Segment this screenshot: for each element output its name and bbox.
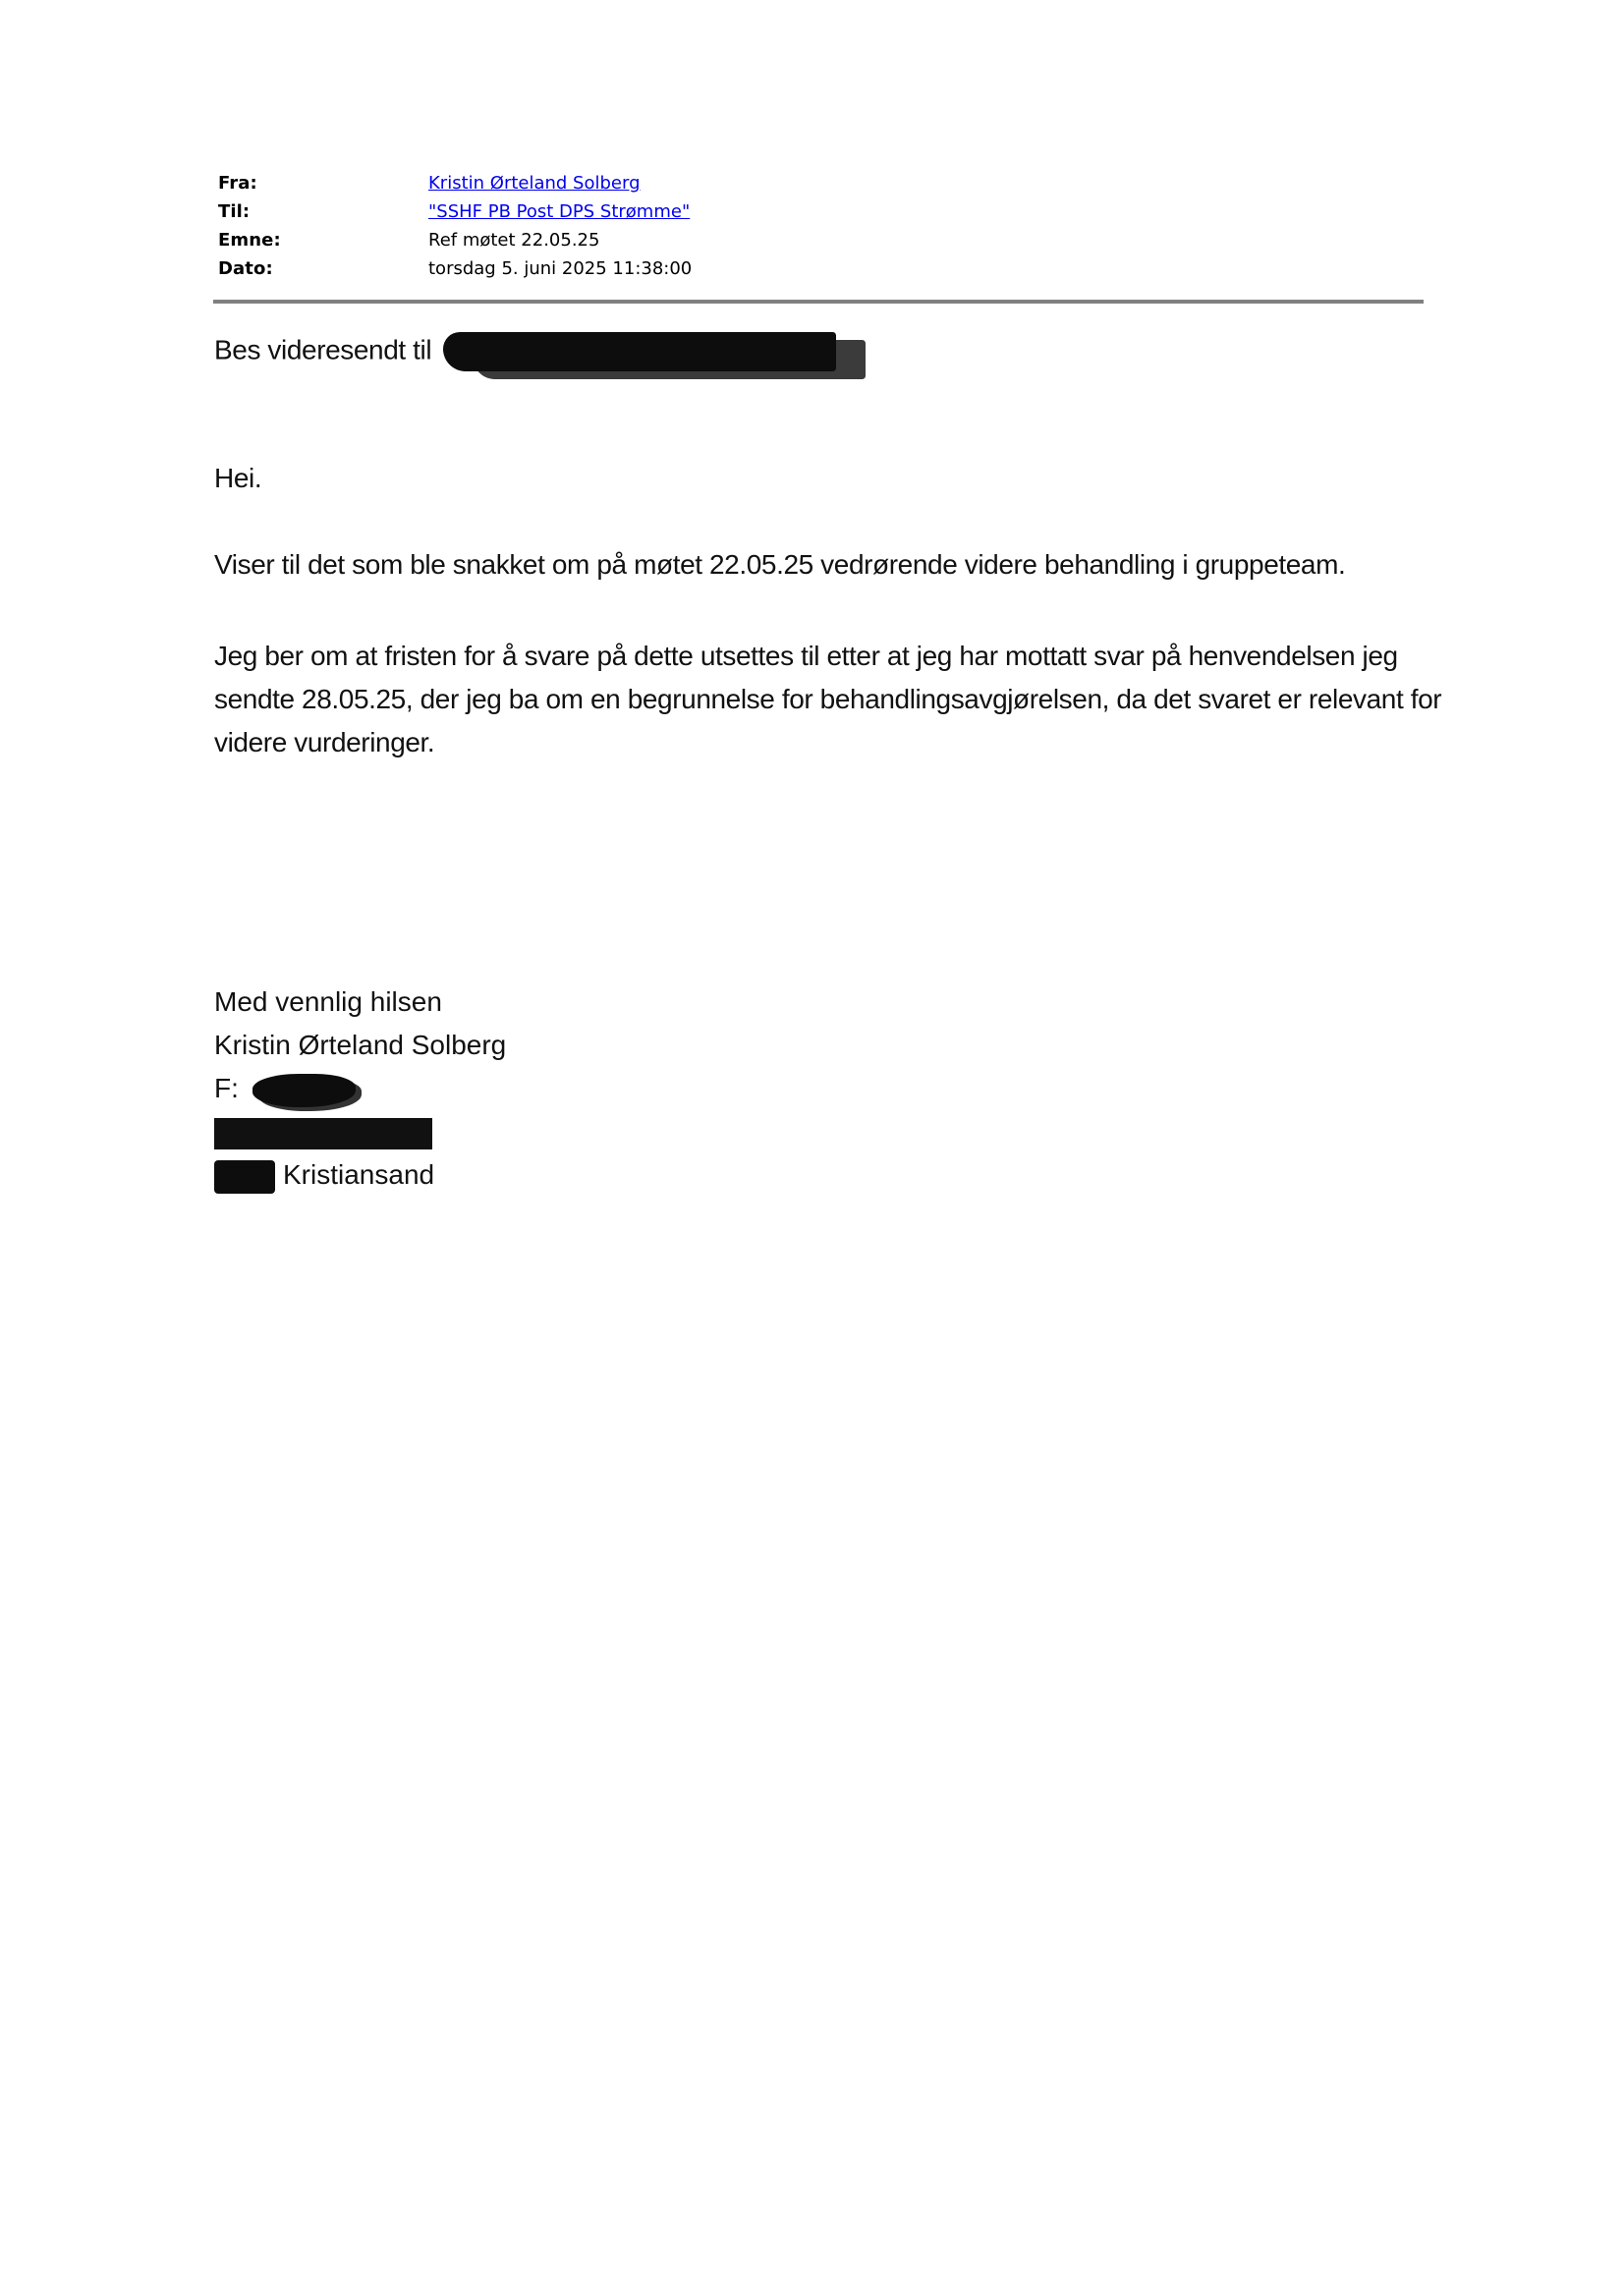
signature-block: Med vennlig hilsen Kristin Ørteland Solb… bbox=[214, 980, 506, 1197]
forward-prefix: Bes videresendt til bbox=[214, 334, 431, 364]
redacted-id bbox=[252, 1074, 356, 1107]
city: Kristiansand bbox=[283, 1159, 434, 1190]
header-row-subject: Emne: Ref møtet 22.05.25 bbox=[218, 226, 692, 254]
paragraph-1: Viser til det som ble snakket om på møte… bbox=[214, 549, 1345, 581]
signature-city-line: Kristiansand bbox=[214, 1153, 506, 1197]
from-label: Fra: bbox=[218, 169, 428, 197]
signature-closing: Med vennlig hilsen bbox=[214, 980, 506, 1024]
date-label: Dato: bbox=[218, 254, 428, 283]
redacted-postal-code bbox=[214, 1160, 275, 1194]
signature-name: Kristin Ørteland Solberg bbox=[214, 1024, 506, 1067]
subject-label: Emne: bbox=[218, 226, 428, 254]
header-row-from: Fra: Kristin Ørteland Solberg bbox=[218, 169, 692, 197]
header-divider bbox=[213, 300, 1424, 304]
greeting: Hei. bbox=[214, 463, 261, 494]
forward-request-line: Bes videresendt til bbox=[214, 332, 836, 371]
subject-value: Ref møtet 22.05.25 bbox=[428, 226, 599, 254]
signature-id-line: F: bbox=[214, 1067, 506, 1110]
header-row-to: Til: "SSHF PB Post DPS Strømme" bbox=[218, 197, 692, 226]
signature-street-line bbox=[214, 1110, 506, 1153]
email-printout-page: Fra: Kristin Ørteland Solberg Til: "SSHF… bbox=[0, 0, 1624, 2296]
date-value: torsdag 5. juni 2025 11:38:00 bbox=[428, 254, 692, 283]
header-row-date: Dato: torsdag 5. juni 2025 11:38:00 bbox=[218, 254, 692, 283]
from-link[interactable]: Kristin Ørteland Solberg bbox=[428, 169, 641, 197]
redacted-recipient bbox=[443, 332, 836, 371]
to-link[interactable]: "SSHF PB Post DPS Strømme" bbox=[428, 197, 690, 226]
redacted-street-address bbox=[214, 1118, 432, 1149]
id-prefix: F: bbox=[214, 1073, 239, 1103]
paragraph-2: Jeg ber om at fristen for å svare på det… bbox=[214, 635, 1452, 764]
to-label: Til: bbox=[218, 197, 428, 226]
email-header: Fra: Kristin Ørteland Solberg Til: "SSHF… bbox=[218, 169, 692, 283]
